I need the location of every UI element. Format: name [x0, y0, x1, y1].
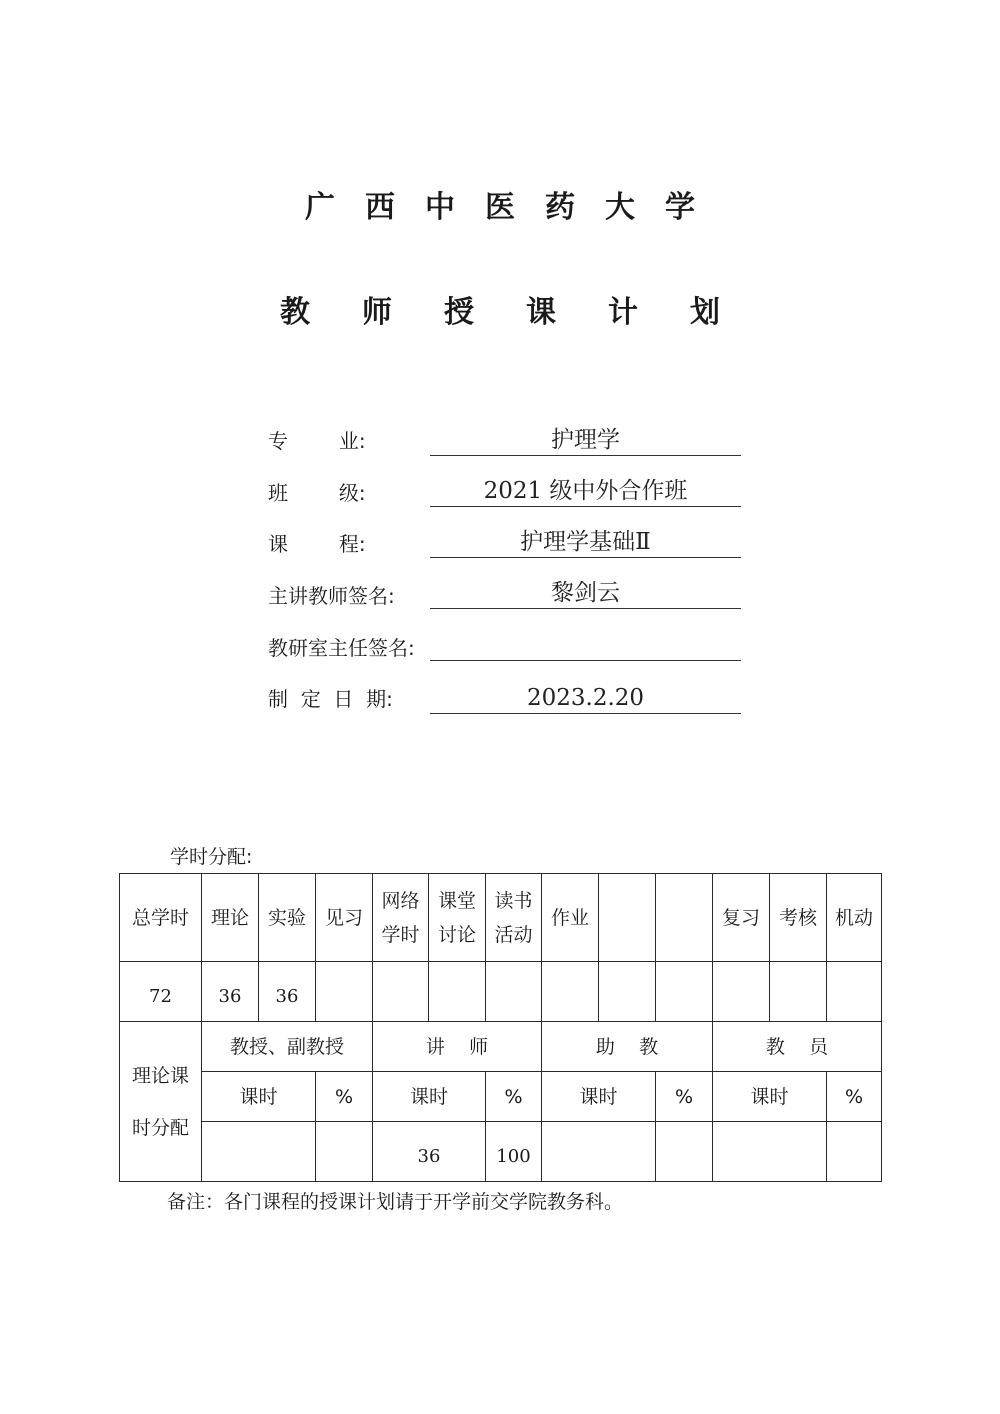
header-assessment: 考核	[770, 874, 827, 962]
title-char: 师	[362, 287, 392, 331]
group-instructor: 教 员	[713, 1022, 882, 1072]
assistant-pct-label: %	[656, 1072, 713, 1122]
document-title: 教师授课计划	[0, 287, 1000, 331]
value-review[interactable]	[713, 962, 770, 1022]
value-class-discussion[interactable]	[429, 962, 486, 1022]
value-blank-2[interactable]	[656, 962, 713, 1022]
theory-subheader-row: 课时 % 课时 % 课时 % 课时 %	[120, 1072, 882, 1122]
value-lab[interactable]: 36	[259, 962, 316, 1022]
value-homework[interactable]	[542, 962, 599, 1022]
course-field[interactable]: 护理学基础Ⅱ	[430, 527, 741, 558]
group-professor: 教授、副教授	[202, 1022, 373, 1072]
header-line: 活动	[494, 924, 532, 946]
director-signature-field[interactable]	[430, 630, 741, 661]
table-header-row: 总学时 理论 实验 见习 网络学时 课堂讨论 读书活动 作业 复习 考核 机动	[120, 874, 882, 962]
assistant-hours[interactable]	[542, 1122, 656, 1182]
header-total-hours: 总学时	[120, 874, 202, 962]
label-line: 理论课	[132, 1065, 189, 1087]
date-field[interactable]: 2023.2.20	[430, 683, 741, 714]
header-lab: 实验	[259, 874, 316, 962]
title-char: 医	[485, 182, 515, 226]
header-line: 网络	[381, 890, 419, 912]
value-online-hours[interactable]	[373, 962, 429, 1022]
director-signature-label: 教研室主任签名:	[268, 633, 415, 663]
lecturer-pct[interactable]: 100	[486, 1122, 542, 1182]
lecturer-hours[interactable]: 36	[373, 1122, 486, 1182]
title-char: 大	[605, 182, 635, 226]
hours-allocation-table: 总学时 理论 实验 见习 网络学时 课堂讨论 读书活动 作业 复习 考核 机动 …	[119, 873, 882, 1182]
value-flexible[interactable]	[827, 962, 882, 1022]
header-online-hours: 网络学时	[373, 874, 429, 962]
hours-allocation-caption: 学时分配:	[170, 842, 252, 869]
label-line: 时分配	[132, 1117, 189, 1139]
lecturer-hours-label: 课时	[373, 1072, 486, 1122]
lecturer-pct-label: %	[486, 1072, 542, 1122]
header-blank-1	[599, 874, 656, 962]
instructor-pct[interactable]	[827, 1122, 882, 1182]
value-total-hours[interactable]: 72	[120, 962, 202, 1022]
theory-allocation-label: 理论课时分配	[120, 1022, 202, 1182]
date-label: 制 定 日 期:	[268, 684, 393, 714]
major-label: 专 业:	[268, 426, 366, 456]
header-line: 学时	[381, 924, 419, 946]
header-theory: 理论	[202, 874, 259, 962]
title-char: 教	[280, 287, 310, 331]
group-lecturer: 讲 师	[373, 1022, 542, 1072]
header-blank-2	[656, 874, 713, 962]
title-char: 学	[665, 182, 695, 226]
instructor-pct-label: %	[827, 1072, 882, 1122]
professor-hours-label: 课时	[202, 1072, 316, 1122]
header-review: 复习	[713, 874, 770, 962]
title-char: 划	[690, 287, 720, 331]
header-line: 读书	[494, 890, 532, 912]
value-theory[interactable]: 36	[202, 962, 259, 1022]
header-flexible: 机动	[827, 874, 882, 962]
value-reading-activity[interactable]	[486, 962, 542, 1022]
header-class-discussion: 课堂讨论	[429, 874, 486, 962]
value-assessment[interactable]	[770, 962, 827, 1022]
header-line: 课堂	[438, 890, 476, 912]
title-char: 药	[545, 182, 575, 226]
header-internship: 见习	[316, 874, 373, 962]
professor-pct-label: %	[316, 1072, 373, 1122]
assistant-pct[interactable]	[656, 1122, 713, 1182]
class-label: 班 级:	[268, 478, 366, 508]
lead-teacher-signature-label: 主讲教师签名:	[268, 581, 395, 611]
title-char: 课	[526, 287, 556, 331]
title-char: 中	[425, 182, 455, 226]
theory-values-row: 36 100	[120, 1122, 882, 1182]
major-field[interactable]: 护理学	[430, 425, 741, 456]
professor-hours[interactable]	[202, 1122, 316, 1182]
title-char: 西	[365, 182, 395, 226]
theory-group-row: 理论课时分配 教授、副教授 讲 师 助 教 教 员	[120, 1022, 882, 1072]
header-reading-activity: 读书活动	[486, 874, 542, 962]
value-blank-1[interactable]	[599, 962, 656, 1022]
instructor-hours[interactable]	[713, 1122, 827, 1182]
instructor-hours-label: 课时	[713, 1072, 827, 1122]
assistant-hours-label: 课时	[542, 1072, 656, 1122]
university-name: 广西中医药大学	[0, 182, 1000, 226]
group-assistant: 助 教	[542, 1022, 713, 1072]
lead-teacher-signature-field[interactable]: 黎剑云	[430, 578, 741, 609]
footnote: 备注：各门课程的授课计划请于开学前交学院教务科。	[167, 1187, 623, 1214]
header-homework: 作业	[542, 874, 599, 962]
header-line: 讨论	[438, 924, 476, 946]
title-char: 广	[305, 182, 335, 226]
value-internship[interactable]	[316, 962, 373, 1022]
course-label: 课 程:	[268, 529, 366, 559]
class-field[interactable]: 2021 级中外合作班	[430, 476, 741, 507]
title-char: 计	[608, 287, 638, 331]
table-values-row: 72 36 36	[120, 962, 882, 1022]
professor-pct[interactable]	[316, 1122, 373, 1182]
title-char: 授	[444, 287, 474, 331]
